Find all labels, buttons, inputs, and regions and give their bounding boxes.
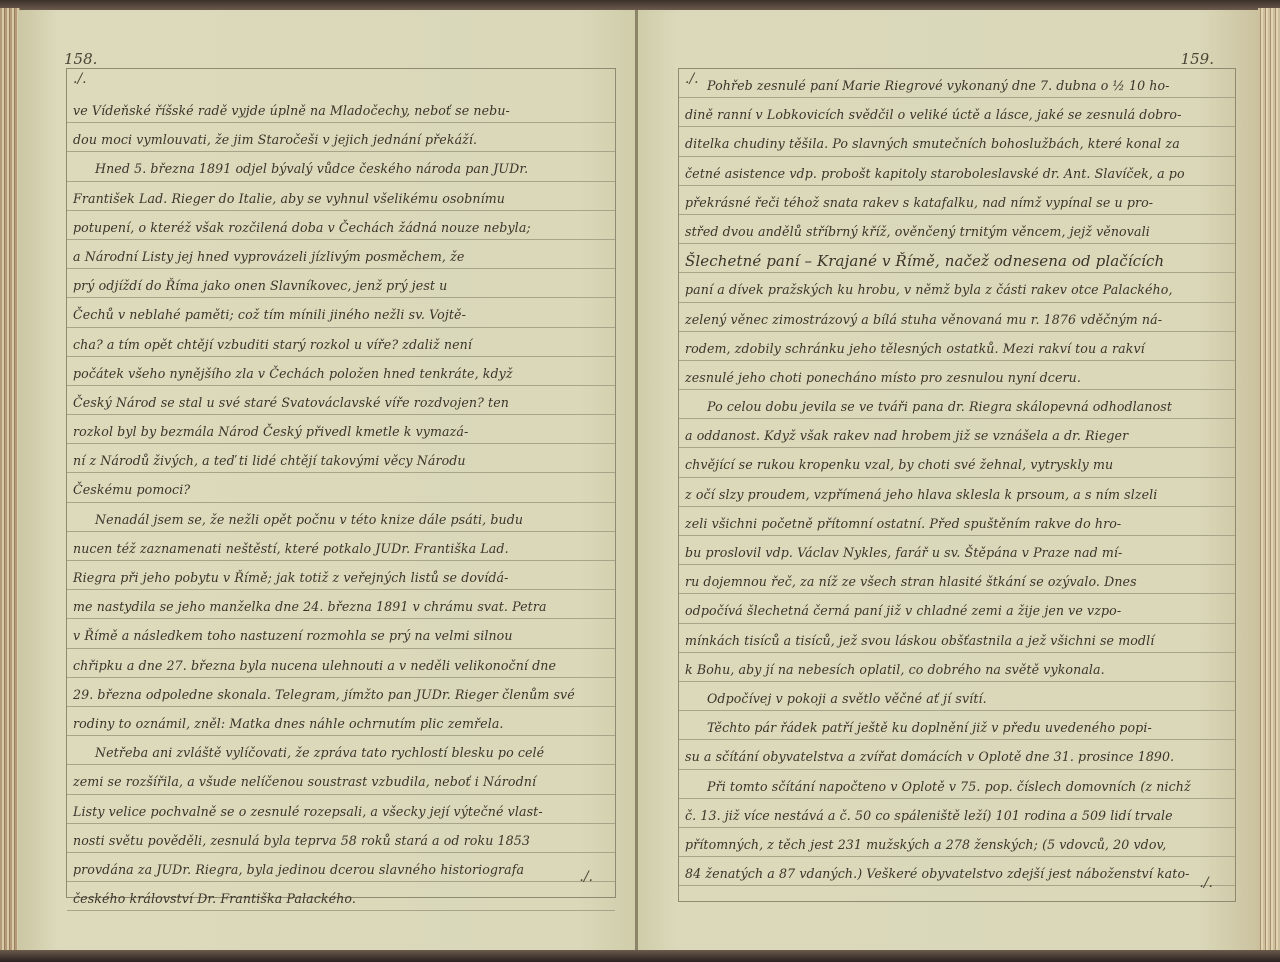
- handwritten-line: Českému pomoci?: [67, 473, 615, 502]
- handwritten-line: v Římě a následkem toho nastuzení rozmoh…: [67, 619, 615, 648]
- handwritten-line: Po celou dobu jevila se ve tváři pana dr…: [679, 390, 1235, 419]
- handwritten-line: nucen též zaznamenati neštěstí, které po…: [67, 532, 615, 561]
- handwritten-line: k Bohu, aby jí na nebesích oplatil, co d…: [679, 653, 1235, 682]
- handwritten-line: odpočívá šlechetná černá paní již v chla…: [679, 594, 1235, 623]
- handwritten-line: překrásné řeči téhož snata rakev s kataf…: [679, 186, 1235, 215]
- handwritten-line: ru dojemnou řeč, za níž ze všech stran h…: [679, 565, 1235, 594]
- handwritten-line: rodem, zdobily schránku jeho tělesných o…: [679, 332, 1235, 361]
- handwritten-line: zesnulé jeho choti ponecháno místo pro z…: [679, 361, 1235, 390]
- handwritten-line: provdána za JUDr. Riegra, byla jedinou d…: [67, 853, 615, 882]
- handwritten-line: ditelka chudiny těšila. Po slavných smut…: [679, 127, 1235, 156]
- handwritten-line: dou moci vymlouvati, že jim Staročeši v …: [67, 123, 615, 152]
- ruled-frame: ./. Pohřeb zesnulé paní Marie Riegrové v…: [678, 68, 1236, 902]
- book-bottom-edge: [0, 950, 1280, 962]
- handwritten-line: potupení, o kteréž však rozčilená doba v…: [67, 211, 615, 240]
- handwritten-line: rozkol byl by bezmála Národ Český přived…: [67, 415, 615, 444]
- handwritten-line: a Národní Listy jej hned vyprovázeli jíz…: [67, 240, 615, 269]
- continuation-mark-top: ./.: [73, 71, 87, 87]
- handwritten-line: Při tomto sčítání napočteno v Oplotě v 7…: [679, 770, 1235, 799]
- handwritten-line: Riegra při jeho pobytu v Římě; jak totiž…: [67, 561, 615, 590]
- ruled-frame: ./. ve Vídeňské říšské radě vyjde úplně …: [66, 68, 616, 898]
- handwritten-line: Pohřeb zesnulé paní Marie Riegrové vykon…: [679, 69, 1235, 98]
- book-top-edge: [0, 0, 1280, 10]
- continuation-mark-bottom: ./.: [1199, 875, 1213, 891]
- handwritten-line: střed dvou andělů stříbrný kříž, ověnčen…: [679, 215, 1235, 244]
- left-page-stack: [0, 8, 20, 952]
- handwritten-line: su a sčítání obyvatelstva a zvířat domác…: [679, 740, 1235, 769]
- handwritten-line: paní a dívek pražských ku hrobu, v němž …: [679, 273, 1235, 302]
- handwritten-line: počátek všeho nynějšího zla v Čechách po…: [67, 357, 615, 386]
- handwritten-line: četné asistence vdp. probošt kapitoly st…: [679, 157, 1235, 186]
- handwritten-line: Hned 5. března 1891 odjel bývalý vůdce č…: [67, 152, 615, 181]
- handwritten-line: chvějící se rukou kropenku vzal, by chot…: [679, 448, 1235, 477]
- page-number: 159.: [1181, 50, 1214, 68]
- handwritten-line: z očí slzy proudem, vzpřímená jeho hlava…: [679, 478, 1235, 507]
- handwritten-line: nosti světu pověděli, zesnulá byla teprv…: [67, 824, 615, 853]
- handwritten-line: mínkách tisíců a tisíců, jež svou láskou…: [679, 624, 1235, 653]
- left-page: 158. ./. ve Vídeňské říšské radě vyjde ú…: [18, 10, 638, 950]
- handwritten-line: českého království Dr. Františka Palacké…: [67, 882, 615, 911]
- handwritten-line: Netřeba ani zvláště vylíčovati, že zpráv…: [67, 736, 615, 765]
- handwritten-line: Český Národ se stal u své staré Svatovác…: [67, 386, 615, 415]
- handwritten-line: chřipku a dne 27. března byla nucena ule…: [67, 649, 615, 678]
- handwritten-line: 84 ženatých a 87 vdaných.) Veškeré obyva…: [679, 857, 1235, 886]
- right-page: 159. ./. Pohřeb zesnulé paní Marie Riegr…: [638, 10, 1258, 950]
- handwritten-line: rodiny to oznámil, zněl: Matka dnes náhl…: [67, 707, 615, 736]
- handwritten-line: dině ranní v Lobkovicích svědčil o velik…: [679, 98, 1235, 127]
- handwritten-lines: Pohřeb zesnulé paní Marie Riegrové vykon…: [679, 69, 1235, 886]
- handwritten-line: cha? a tím opět chtějí vzbuditi starý ro…: [67, 328, 615, 357]
- handwritten-line: zeli všichni početně přítomní ostatní. P…: [679, 507, 1235, 536]
- handwritten-line: Těchto pár řádek patří ještě ku doplnění…: [679, 711, 1235, 740]
- handwritten-line: č. 13. již více nestává a č. 50 co spále…: [679, 799, 1235, 828]
- handwritten-line: ní z Národů živých, a teď ti lidé chtějí…: [67, 444, 615, 473]
- page-number: 158.: [64, 50, 97, 68]
- handwritten-line: prý odjíždí do Říma jako onen Slavníkove…: [67, 269, 615, 298]
- handwritten-line: Odpočívej v pokoji a světlo věčné ať jí …: [679, 682, 1235, 711]
- handwritten-line: přítomných, z těch jest 231 mužských a 2…: [679, 828, 1235, 857]
- handwritten-line: a oddanost. Když však rakev nad hrobem j…: [679, 419, 1235, 448]
- handwritten-lines: ve Vídeňské říšské radě vyjde úplně na M…: [67, 94, 615, 911]
- book-spread: 158. ./. ve Vídeňské říšské radě vyjde ú…: [0, 0, 1280, 962]
- right-page-stack: [1258, 8, 1280, 952]
- handwritten-line: Listy velice pochvalně se o zesnulé roze…: [67, 795, 615, 824]
- handwritten-line: Šlechetné paní – Krajané v Římě, načež o…: [679, 244, 1235, 273]
- handwritten-line: Nenadál jsem se, že nežli opět počnu v t…: [67, 503, 615, 532]
- handwritten-line: Čechů v neblahé paměti; což tím mínili j…: [67, 298, 615, 327]
- handwritten-line: zemi se rozšířila, a všude nelíčenou sou…: [67, 765, 615, 794]
- continuation-mark-bottom: ./.: [579, 869, 593, 885]
- handwritten-line: 29. března odpoledne skonala. Telegram, …: [67, 678, 615, 707]
- handwritten-line: František Lad. Rieger do Italie, aby se …: [67, 182, 615, 211]
- handwritten-line: zelený věnec zimostrázový a bílá stuha v…: [679, 303, 1235, 332]
- handwritten-line: me nastydila se jeho manželka dne 24. bř…: [67, 590, 615, 619]
- handwritten-line: bu proslovil vdp. Václav Nykles, farář u…: [679, 536, 1235, 565]
- handwritten-line: ve Vídeňské říšské radě vyjde úplně na M…: [67, 94, 615, 123]
